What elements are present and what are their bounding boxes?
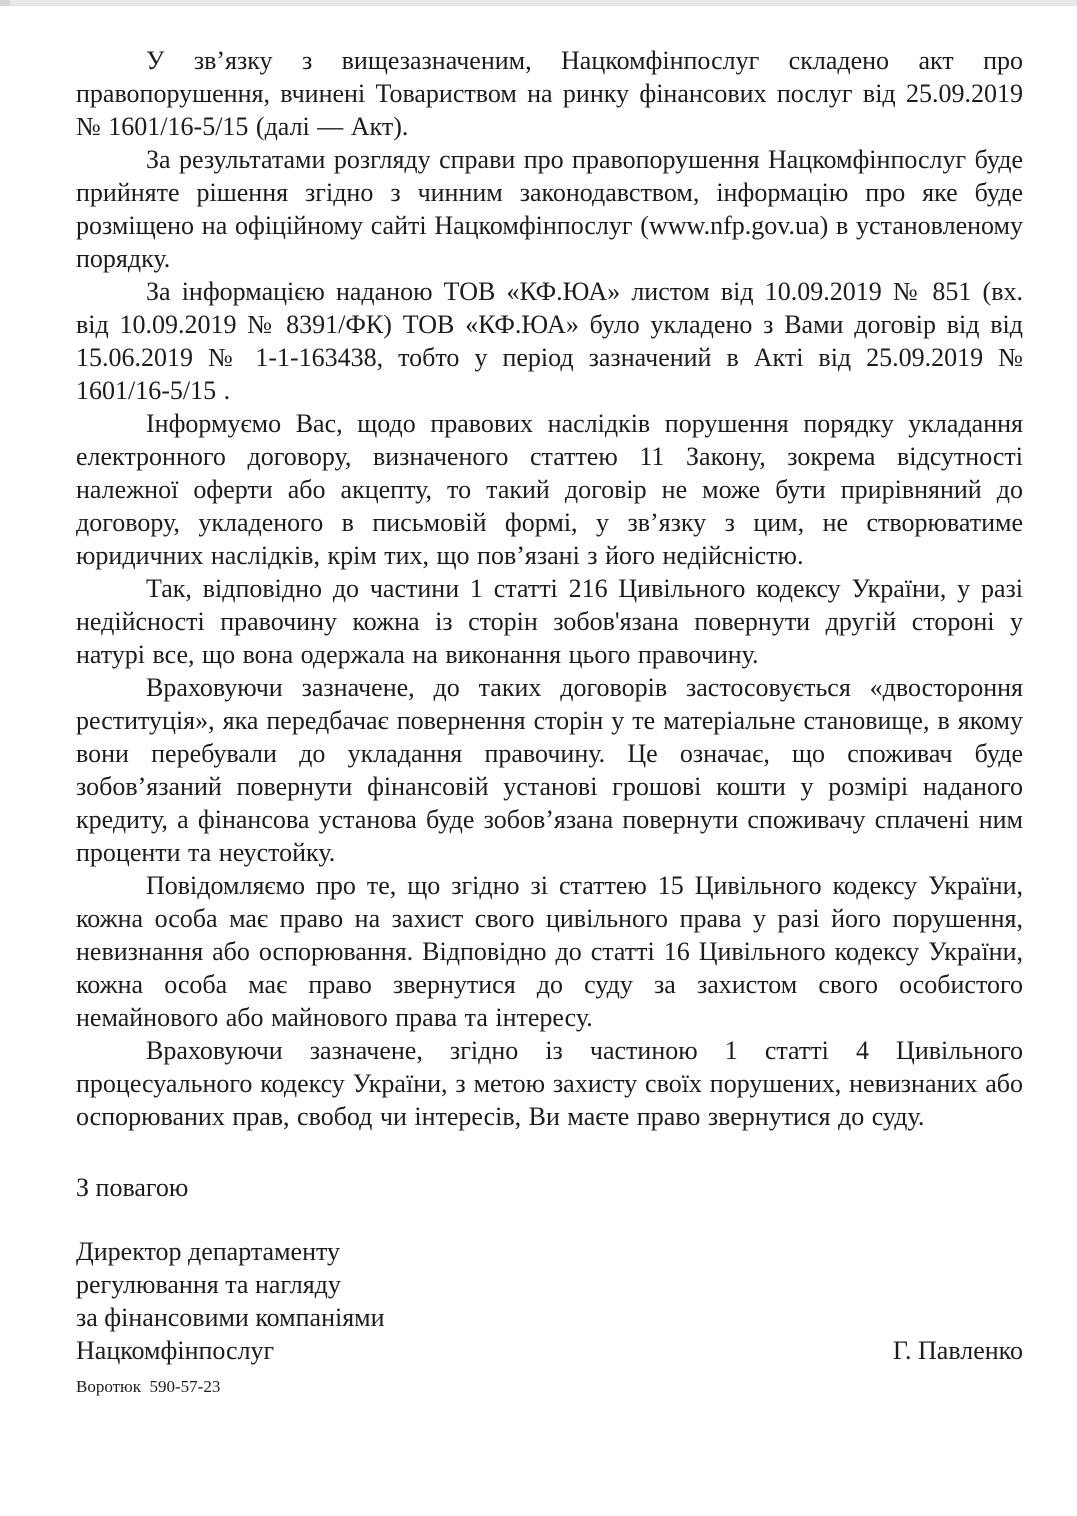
paragraph-civil-code-15-16: Повідомляємо про те, що згідно зі статте… [76, 869, 1023, 1034]
letter-body: У зв’язку з вищезазначеним, Нацкомфінпос… [0, 44, 1077, 1398]
signer-title-line: Директор департаменту [76, 1235, 1023, 1268]
signer-title-line: за фінансовими компаніями [76, 1301, 1023, 1334]
scanned-letter-page: У зв’язку з вищезазначеним, Нацкомфінпос… [0, 0, 1077, 1516]
paragraph-act-drawn-up: У зв’язку з вищезазначеним, Нацкомфінпос… [76, 44, 1023, 143]
paragraph-case-review: За результатами розгляду справи про прав… [76, 143, 1023, 275]
paragraph-legal-consequences: Інформуємо Вас, щодо правових наслідків … [76, 407, 1023, 572]
signature-block: Директор департаменту регулювання та наг… [76, 1235, 1023, 1367]
executor-contact-note: Воротюк 590-57-23 [76, 1376, 1023, 1398]
signer-organization: Нацкомфінпослуг [76, 1334, 274, 1367]
scan-edge-artifact [0, 0, 1077, 6]
paragraph-right-to-court: Враховуючи зазначене, згідно із частиною… [76, 1034, 1023, 1133]
scan-edge-notch [0, 0, 10, 6]
signer-title-and-name-row: Нацкомфінпослуг Г. Павленко [76, 1334, 1023, 1367]
paragraph-civil-code-216: Так, відповідно до частини 1 статті 216 … [76, 572, 1023, 671]
paragraph-contract-info: За інформацією наданою ТОВ «КФ.ЮА» листо… [76, 275, 1023, 407]
closing-salutation: З повагою [76, 1171, 1023, 1204]
paragraph-restitution: Враховуючи зазначене, до таких договорів… [76, 671, 1023, 869]
signer-name: Г. Павленко [893, 1334, 1023, 1367]
signer-title-line: регулювання та нагляду [76, 1268, 1023, 1301]
